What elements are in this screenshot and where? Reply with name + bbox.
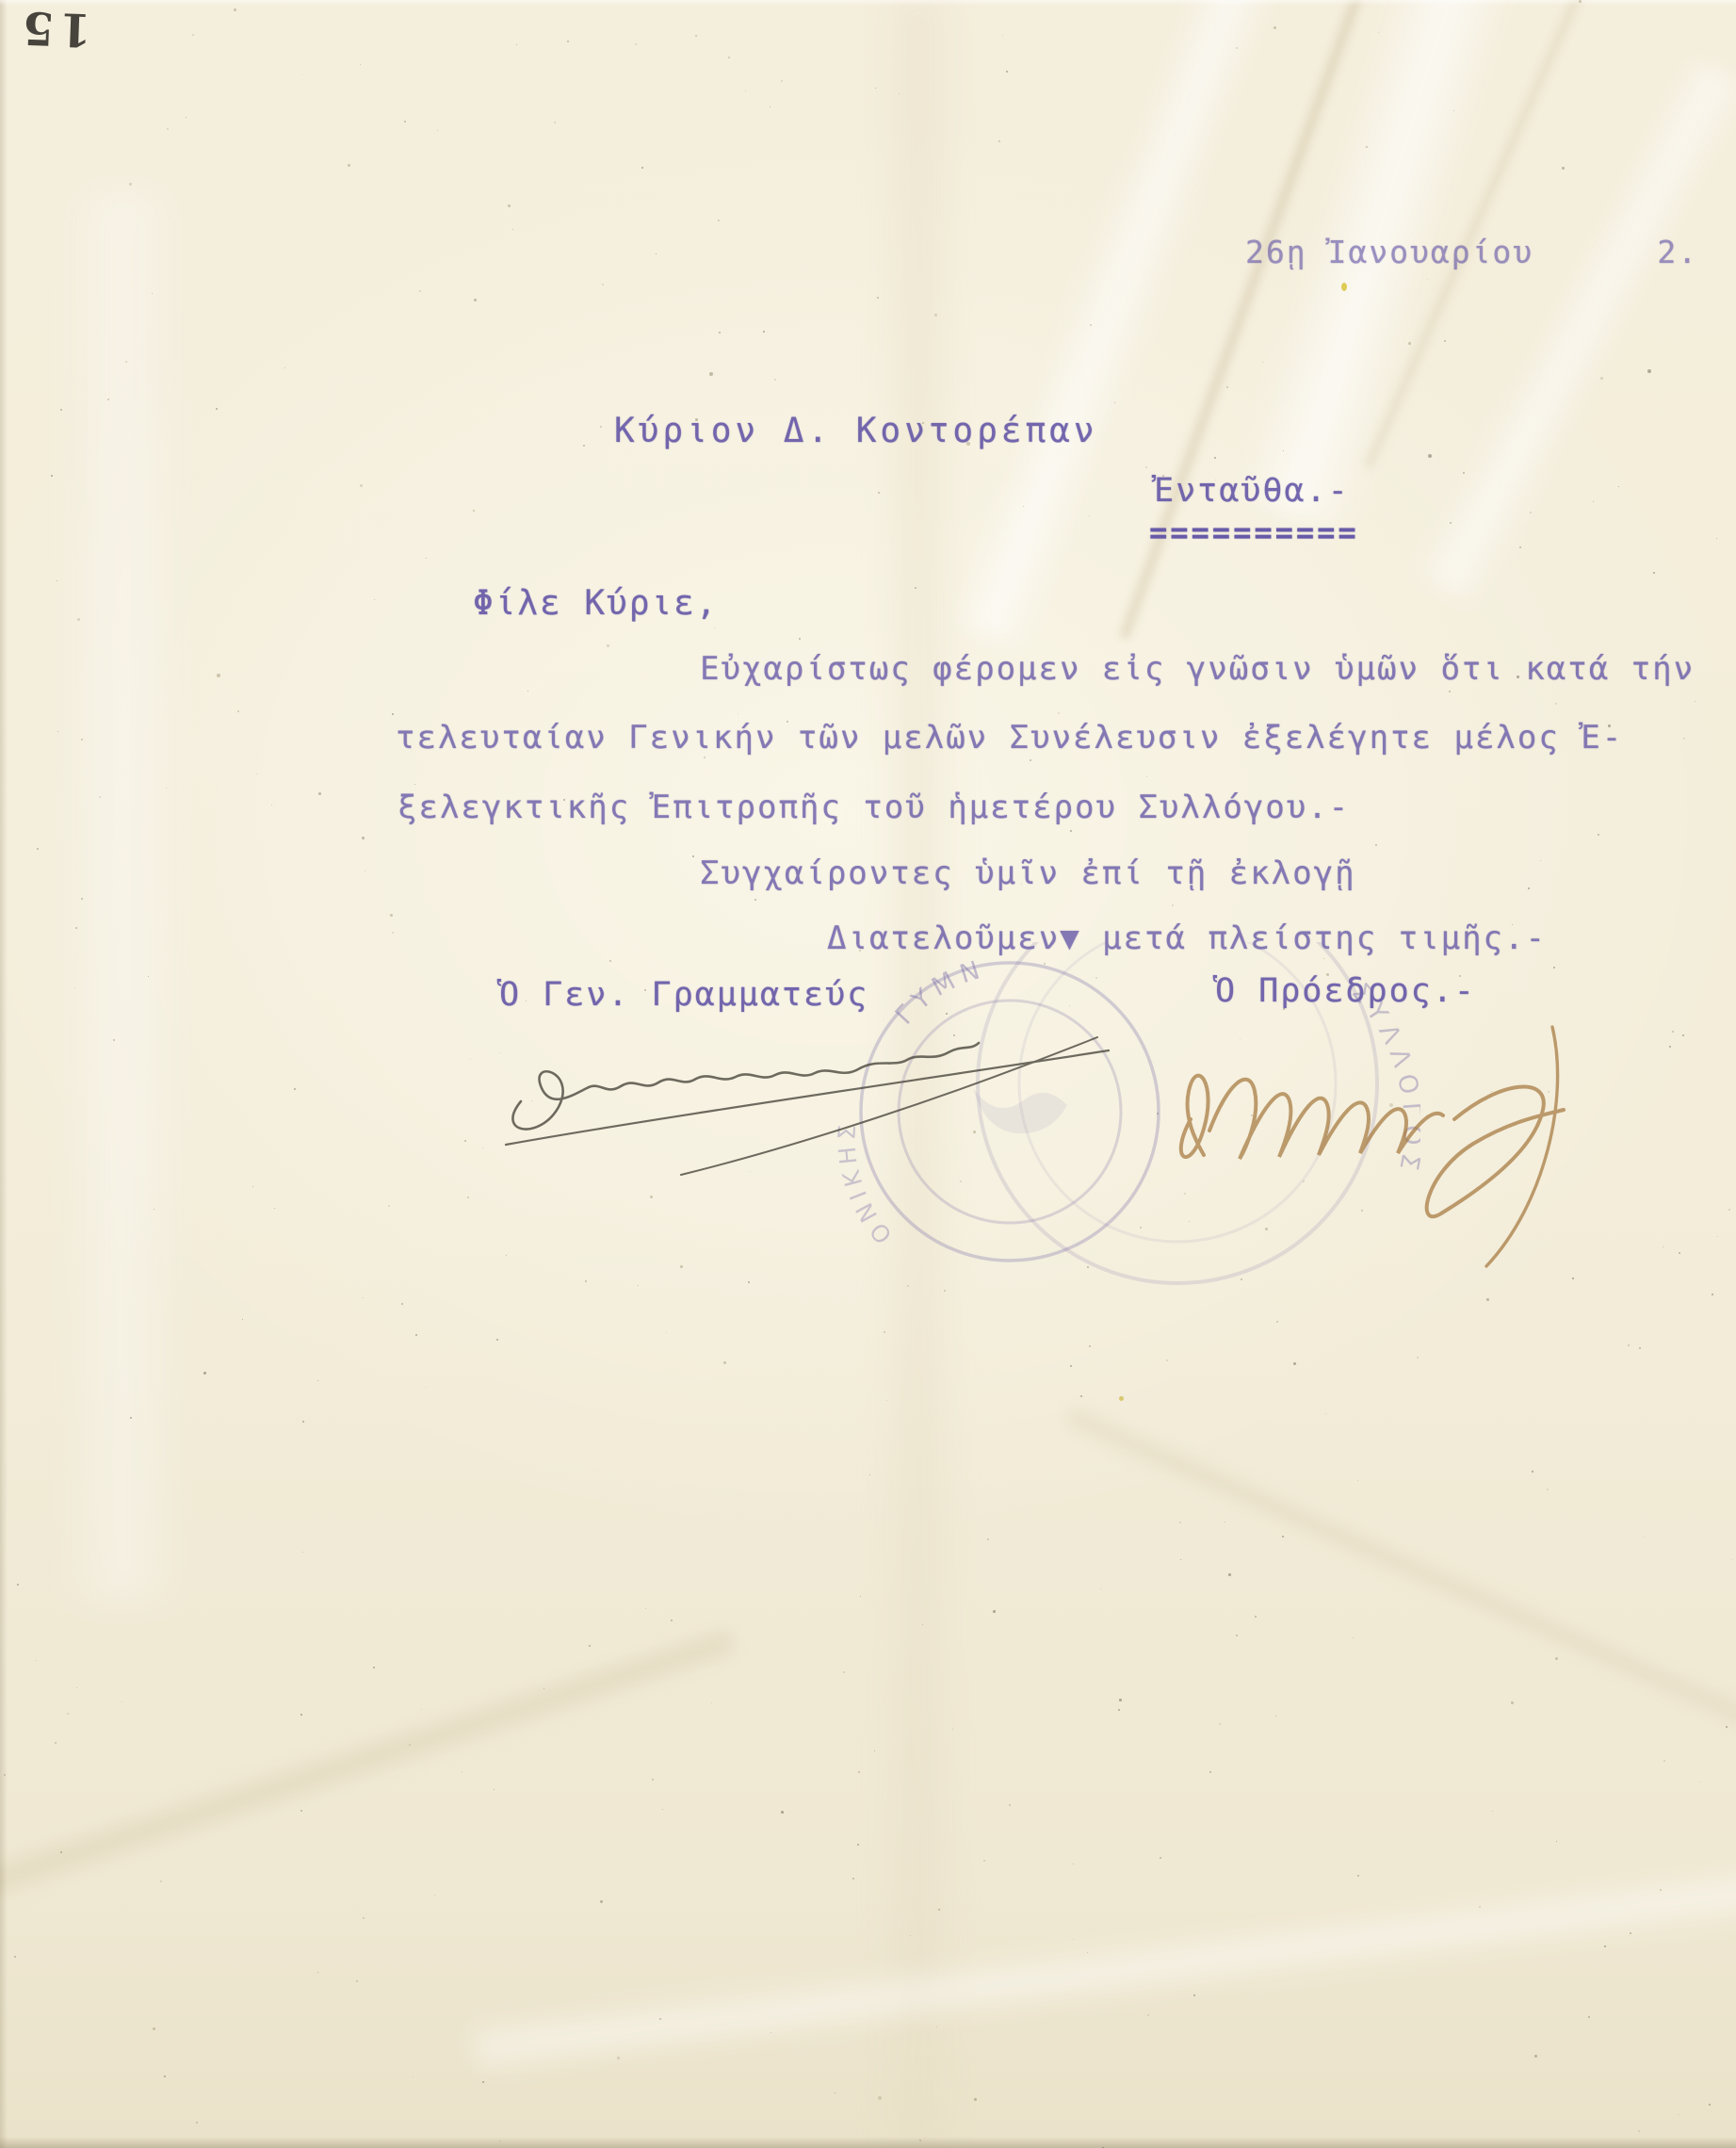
paper-crease-shadow	[876, 0, 961, 2148]
body-line: Εὐχαρίστως φέρομεν εἰς γνῶσιν ὑμῶν ὅτι κ…	[700, 650, 1695, 688]
secretary-signature	[485, 1003, 1135, 1192]
paper-fleck	[1119, 1396, 1124, 1401]
scan-edge	[0, 0, 8, 2148]
paper-fleck	[1341, 283, 1347, 291]
svg-text:ΟΝΙΚΗΣ: ΟΝΙΚΗΣ	[833, 1118, 898, 1248]
body-line: τελευταίαν Γενικήν τῶν μελῶν Συνέλευσιν …	[396, 719, 1623, 757]
scan-edge	[0, 0, 1736, 6]
paper-fold-highlight	[1412, 55, 1736, 606]
paper-fold-highlight	[948, 0, 1304, 649]
location-line: Ἐνταῦθα.-	[1154, 472, 1350, 510]
secretary-title: Ὁ Γεν. Γραμματεύς	[499, 976, 868, 1014]
paper-crease-shadow	[0, 1622, 738, 1920]
body-line: Διατελοῦμεν▼ μετά πλείστης τιμῆς.-	[827, 919, 1547, 957]
recipient-line: Κύριον Δ. Κοντορέπαν	[614, 412, 1097, 450]
scan-edge	[0, 2137, 1736, 2148]
stamp-emblem	[973, 1088, 1067, 1133]
svg-text:ΓΥΜΝ: ΓΥΜΝ	[890, 954, 990, 1031]
page-number-mirrored: 15	[16, 1, 92, 57]
date-line: 26ῃ Ἰανουαρίου 2.	[1245, 234, 1698, 270]
location-underline: ==========	[1149, 514, 1359, 550]
scanned-letter-page: 15 26ῃ Ἰανουαρίου 2. Κύριον Δ. Κοντορέπα…	[0, 0, 1736, 2148]
stamp-text-top: ΓΥΜΝ	[890, 954, 990, 1031]
body-line: Συγχαίροντες ὑμῖν ἐπί τῇ ἐκλογῇ	[700, 854, 1356, 892]
paper-fold-highlight	[473, 1861, 1736, 2077]
president-signature	[1142, 978, 1650, 1279]
paper-crease-shadow	[1063, 1403, 1736, 1735]
president-title: Ὁ Πρόεδρος.-	[1215, 972, 1476, 1010]
salutation-line: Φίλε Κύριε,	[473, 584, 718, 623]
stamp-text-left: ΟΝΙΚΗΣ	[833, 1118, 898, 1248]
body-line: ξελεγκτικῆς Ἐπιτροπῆς τοῦ ἡμετέρου Συλλό…	[397, 789, 1350, 826]
paper-fold-highlight	[57, 188, 188, 1602]
